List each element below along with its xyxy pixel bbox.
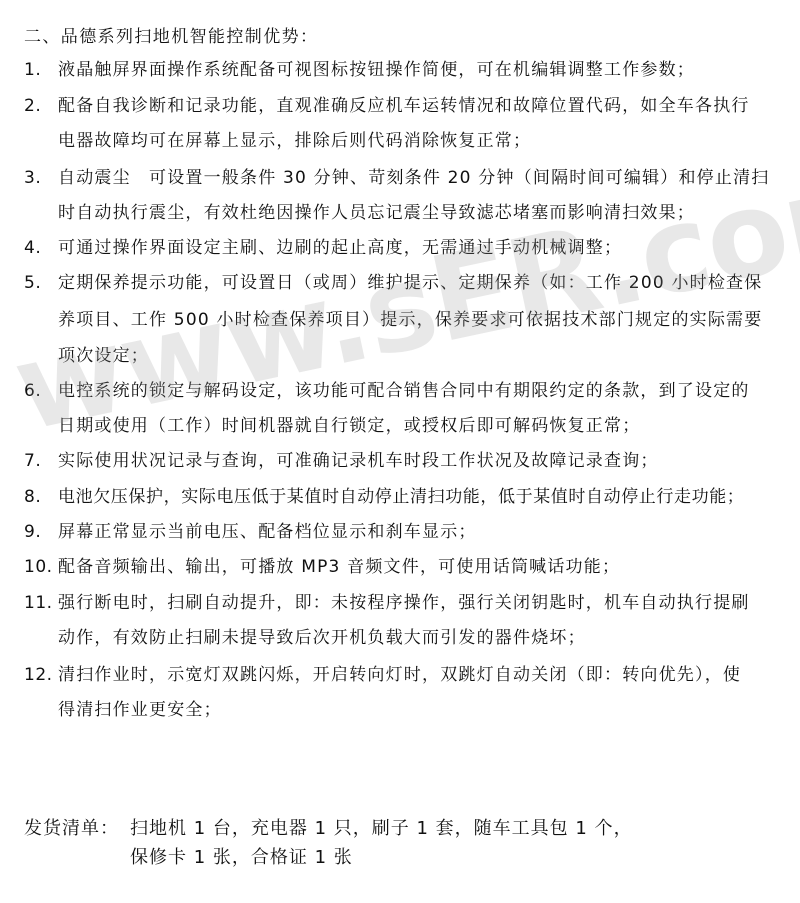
item-text-continued: 时自动执行震尘，有效杜绝因操作人员忘记震尘导致滤芯堵塞而影响清扫效果；: [58, 203, 695, 223]
shipping-list-line-1: 扫地机 1 台，充电器 1 只，刷子 1 套，随车工具包 1 个，: [130, 818, 633, 840]
item-text: 屏幕正常显示当前电压、配备档位显示和刹车显示；: [58, 522, 477, 542]
item-text: 电控系统的锁定与解码设定，该功能可配合销售合同中有期限约定的条款，到了设定的: [58, 381, 750, 401]
item-text: 定期保养提示功能，可设置日（或周）维护提示、定期保养（如：工作 200 小时检查…: [58, 273, 762, 293]
item-text-continued: 养项目、工作 500 小时检查保养项目）提示，保养要求可依据技术部门规定的实际需…: [58, 310, 762, 330]
item-number: 6.: [24, 381, 41, 401]
document-page: 二、品德系列扫地机智能控制优势： 1. 液晶触屏界面操作系统配备可视图标按钮操作…: [0, 0, 800, 903]
item-text: 可通过操作界面设定主刷、边刷的起止高度，无需通过手动机械调整；: [58, 238, 622, 258]
item-text: 自动震尘 可设置一般条件 30 分钟、苛刻条件 20 分钟（间隔时间可编辑）和停…: [58, 168, 769, 188]
item-text: 液晶触屏界面操作系统配备可视图标按钮操作简便，可在机编辑调整工作参数；: [58, 60, 695, 80]
item-number: 10.: [24, 557, 53, 577]
item-text-continued: 项次设定；: [58, 346, 149, 366]
item-text-continued: 日期或使用（工作）时间机器就自行锁定，或授权后即可解码恢复正常；: [58, 416, 640, 436]
item-text: 电池欠压保护，实际电压低于某值时自动停止清扫功能，低于某值时自动停止行走功能；: [58, 487, 744, 507]
item-text: 强行断电时，扫刷自动提升，即：未按程序操作，强行关闭钥匙时，机车自动执行提刷: [58, 593, 750, 613]
item-text: 实际使用状况记录与查询，可准确记录机车时段工作状况及故障记录查询；: [58, 451, 659, 471]
item-number: 2.: [24, 96, 41, 116]
item-number: 3.: [24, 168, 41, 188]
item-text-continued: 动作，有效防止扫刷未提导致后次开机负载大而引发的器件烧坏；: [58, 628, 586, 648]
item-text: 配备自我诊断和记录功能，直观准确反应机车运转情况和故障位置代码，如全车各执行: [58, 96, 750, 116]
item-text: 配备音频输出、输出，可播放 MP3 音频文件，可使用话筒喊话功能；: [58, 557, 620, 577]
item-number: 4.: [24, 238, 41, 258]
item-number: 5.: [24, 273, 41, 293]
shipping-list-label: 发货清单：: [24, 818, 119, 840]
item-text-continued: 电器故障均可在屏幕上显示，排除后则代码消除恢复正常；: [58, 131, 531, 151]
item-number: 9.: [24, 522, 41, 542]
section-title: 二、品德系列扫地机智能控制优势：: [24, 27, 318, 47]
item-number: 12.: [24, 665, 53, 685]
item-text: 清扫作业时，示宽灯双跳闪烁，开启转向灯时，双跳灯自动关闭（即：转向优先），使: [58, 665, 741, 685]
shipping-list-line-2: 保修卡 1 张，合格证 1 张: [130, 847, 353, 869]
item-number: 1.: [24, 60, 41, 80]
item-text-continued: 得清扫作业更安全；: [58, 700, 222, 720]
item-number: 8.: [24, 487, 41, 507]
item-number: 11.: [24, 593, 53, 613]
item-number: 7.: [24, 451, 41, 471]
